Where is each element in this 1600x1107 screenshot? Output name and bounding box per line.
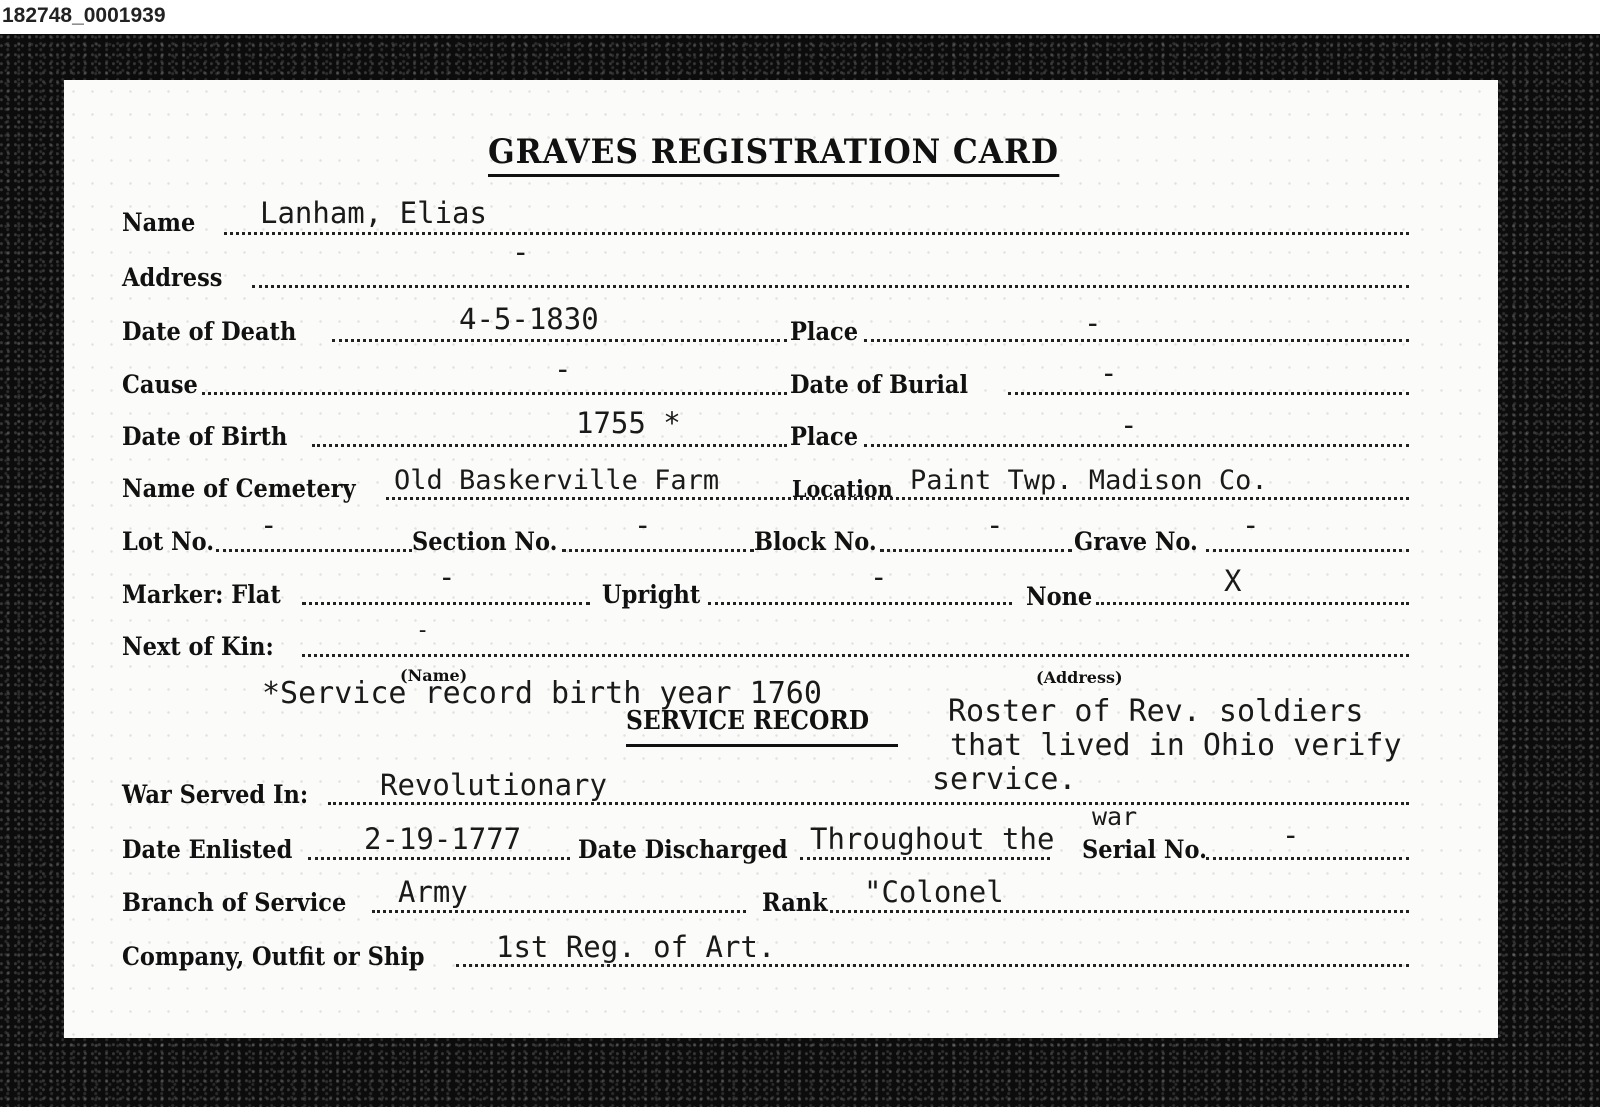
section-no-label: Section No. (412, 527, 557, 556)
service-record-heading: SERVICE RECORD (626, 706, 869, 736)
marker-upright-label: Upright (602, 580, 700, 609)
block-no-line (880, 549, 1072, 552)
war-served-line (328, 802, 1409, 805)
address-label: Address (122, 263, 222, 292)
graves-registration-card: GRAVES REGISTRATION CARD Name Lanham, El… (64, 80, 1498, 1038)
birth-place-label: Place (790, 422, 858, 451)
marker-flat-line (302, 602, 590, 605)
image-id: 182748_0001939 (2, 4, 166, 28)
serial-no-value: - (1282, 818, 1299, 852)
branch-value: Army (398, 875, 468, 909)
date-of-birth-value: 1755 * (576, 406, 681, 440)
roster-note-line-2: that lived in Ohio verify (950, 728, 1402, 763)
rank-line (830, 910, 1409, 913)
grave-no-line (1206, 549, 1409, 552)
branch-line (372, 910, 746, 913)
grave-no-value: - (1242, 508, 1259, 542)
marker-upright-value: - (870, 560, 887, 594)
block-no-label: Block No. (754, 527, 877, 556)
name-value: Lanham, Elias (260, 196, 487, 230)
birth-place-value: - (1120, 408, 1137, 442)
cause-line (202, 392, 787, 395)
death-place-label: Place (790, 317, 858, 346)
address-line (252, 285, 1409, 288)
cemetery-line (386, 497, 1409, 500)
next-of-kin-line (302, 654, 1409, 657)
cause-value: - (554, 352, 571, 386)
name-label: Name (122, 208, 195, 237)
lot-no-line (216, 549, 412, 552)
service-record-underline (626, 744, 898, 747)
date-of-death-label: Date of Death (122, 317, 296, 346)
company-value: 1st Reg. of Art. (496, 930, 775, 964)
block-no-value: - (986, 508, 1003, 542)
date-of-birth-label: Date of Birth (122, 422, 287, 451)
date-of-birth-line (312, 444, 787, 447)
death-place-value: - (1084, 306, 1101, 340)
branch-label: Branch of Service (122, 888, 346, 917)
cemetery-label: Name of Cemetery (122, 474, 356, 503)
cause-label: Cause (122, 370, 198, 399)
address-value: - (512, 235, 529, 269)
next-of-kin-label: Next of Kin: (122, 632, 274, 661)
lot-no-value: - (260, 508, 277, 542)
death-place-line (864, 339, 1409, 342)
marker-none-line (1096, 602, 1409, 605)
rank-label: Rank (762, 888, 828, 917)
date-of-burial-value: - (1100, 356, 1117, 390)
company-line (456, 964, 1409, 967)
date-discharged-line (800, 857, 1050, 860)
serial-no-label: Serial No. (1082, 835, 1207, 864)
war-served-label: War Served In: (122, 780, 308, 809)
marker-flat-label: Marker: Flat (122, 580, 281, 609)
date-of-death-line (332, 339, 787, 342)
lot-no-label: Lot No. (122, 527, 214, 556)
name-line (224, 232, 1409, 235)
roster-note-line-3: service. (932, 762, 1077, 797)
date-discharged-value-cont: war (1092, 802, 1137, 831)
next-of-kin-value: - (416, 618, 429, 643)
marker-flat-value: - (438, 560, 455, 594)
marker-none-label: None (1026, 582, 1092, 611)
date-enlisted-line (308, 857, 570, 860)
rank-value: "Colonel (864, 875, 1004, 909)
kin-address-caption: (Address) (1036, 668, 1123, 687)
date-enlisted-label: Date Enlisted (122, 835, 292, 864)
war-served-value: Revolutionary (380, 768, 607, 802)
location-value: Paint Twp. Madison Co. (910, 465, 1268, 496)
company-label: Company, Outfit or Ship (122, 942, 424, 971)
section-no-value: - (634, 508, 651, 542)
marker-none-value: X (1224, 564, 1241, 598)
birth-place-line (864, 444, 1409, 447)
cemetery-value: Old Baskerville Farm (394, 465, 719, 496)
roster-note-line-1: Roster of Rev. soldiers (948, 694, 1363, 729)
date-discharged-label: Date Discharged (578, 835, 788, 864)
serial-no-line (1206, 857, 1409, 860)
date-of-burial-line (1008, 392, 1409, 395)
card-title: GRAVES REGISTRATION CARD (488, 132, 1059, 177)
date-of-death-value: 4-5-1830 (459, 302, 599, 336)
section-no-line (562, 549, 754, 552)
date-of-burial-label: Date of Burial (790, 370, 968, 399)
date-discharged-value: Throughout the (810, 822, 1054, 856)
marker-upright-line (708, 602, 1012, 605)
date-enlisted-value: 2-19-1777 (364, 822, 521, 856)
grave-no-label: Grave No. (1074, 527, 1198, 556)
